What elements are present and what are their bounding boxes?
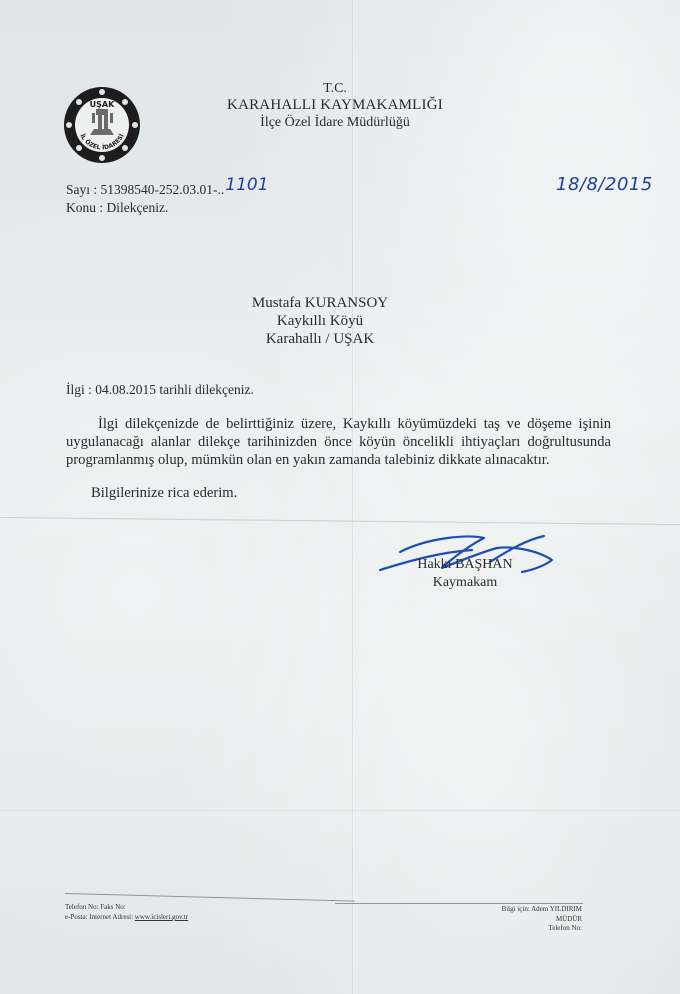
reference-line: İlgi : 04.08.2015 tarihli dilekçeniz. (66, 382, 254, 398)
contact-info: Telefon No: Faks No: e-Posta: Internet A… (65, 902, 188, 922)
department-name: İlçe Özel İdare Müdürlüğü (210, 114, 460, 131)
reference-block: Sayı : 51398540-252.03.01-..1101 Konu : … (66, 180, 269, 217)
closing-line: Bilgilerinize rica ederim. (91, 485, 237, 502)
usak-emblem-icon: UŞAK İL ÖZEL İDARESİ (62, 85, 142, 165)
signer-name: Hakkı BAŞHAN (400, 556, 530, 574)
sayi-handwritten-number: 1101 (225, 175, 268, 195)
konu-label: Konu (66, 200, 96, 215)
phone-fax-line: Telefon No: Faks No: (65, 902, 188, 912)
konu-value: : Dilekçeniz. (99, 200, 168, 215)
handwritten-date: 18/8/2015 (556, 174, 653, 195)
recipient-village: Kaykıllı Köyü (230, 312, 410, 330)
info-contact: Bilgi için: Adem YILDIRIM MÜDÜR Telefon … (470, 905, 582, 934)
info-title: MÜDÜR (470, 915, 582, 925)
recipient-name: Mustafa KURANSOY (230, 294, 410, 312)
svg-text:UŞAK: UŞAK (90, 100, 115, 109)
info-person: Bilgi için: Adem YILDIRIM (470, 905, 582, 915)
signer-block: Hakkı BAŞHAN Kaymakam (400, 556, 530, 592)
email-web-label: e-Posta: Internet Adresi: (65, 913, 135, 921)
lower-crease (0, 810, 680, 811)
sayi-label: Sayı (66, 182, 90, 197)
letterhead: T.C. KARAHALLI KAYMAKAMLIĞI İlçe Özel İd… (210, 80, 460, 131)
recipient-location: Karahallı / UŞAK (230, 330, 410, 348)
sayi-row: Sayı : 51398540-252.03.01-..1101 (66, 180, 269, 199)
footer-divider-right (335, 903, 583, 904)
sayi-value: : 51398540-252.03.01-.. (93, 182, 224, 197)
recipient-block: Mustafa KURANSOY Kaykıllı Köyü Karahallı… (230, 294, 410, 348)
konu-row: Konu : Dilekçeniz. (66, 199, 269, 217)
letter-body: İlgi dilekçenizde de belirttiğiniz üzere… (66, 415, 611, 469)
country-abbrev: T.C. (210, 80, 460, 97)
signer-title: Kaymakam (400, 574, 530, 592)
organization-name: KARAHALLI KAYMAKAMLIĞI (210, 97, 460, 114)
info-phone: Telefon No: (470, 924, 582, 934)
email-web-line: e-Posta: Internet Adresi: www.icisleri.g… (65, 912, 188, 922)
vertical-fold-line (352, 0, 354, 994)
website-link[interactable]: www.icisleri.gov.tr (135, 913, 188, 921)
